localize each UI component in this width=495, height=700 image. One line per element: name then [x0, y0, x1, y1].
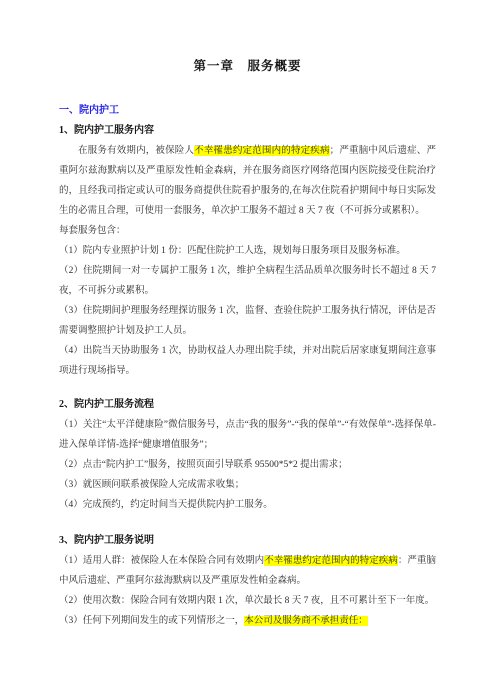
document-content: 第一章 服务概要 一、院内护工 1、院内护工服务内容 在服务有效期内，被保险人不…	[0, 0, 495, 631]
sub3-item-2: （2）使用次数：保险合同有效期内限 1 次，单次最长 8 天 7 夜，且不可累计…	[59, 591, 436, 611]
sub2-item-1: （1）关注“太平洋健康险”微信服务号，点击“我的服务”-“我的保单”-“有效保单…	[59, 415, 436, 455]
sub1-includes-label: 每套服务包含：	[59, 221, 436, 241]
sub1-item-2: （2）住院期间一对一专属护工服务 1 次，维护全病程生活品质单次服务时长不超过 …	[59, 261, 436, 301]
subsection-3-heading: 3、院内护工服务说明	[59, 531, 436, 551]
sub3-item-3: （3）任何下列期间发生的或下列情形之一，本公司及服务商不承担责任：	[59, 611, 436, 631]
sub3-item-1: （1）适用人群：被保险人在本保险合同有效期内不幸罹患约定范围内的特定疾病：严重脑…	[59, 551, 436, 591]
sub3-item-1-pre: （1）适用人群：被保险人在本保险合同有效期内	[59, 556, 264, 566]
subsection-2-heading: 2、院内护工服务流程	[59, 395, 436, 415]
sub1-intro-pre: 在服务有效期内，被保险人	[78, 146, 194, 156]
sub1-item-4: （4）出院当天协助服务 1 次，协助权益人办理出院手续，并对出院后居家康复期间注…	[59, 341, 436, 381]
sub1-intro-highlight: 不幸罹患约定范围内的特定疾病	[194, 146, 330, 156]
sub1-item-1: （1）院内专业照护计划 1 份：匹配住院护工人选，规划每日服务项目及服务标准。	[59, 241, 436, 261]
sub2-item-3: （3）就医顾问联系被保险人完成需求收集；	[59, 475, 436, 495]
sub3-item-3-highlight: 本公司及服务商不承担责任：	[244, 616, 368, 626]
sub1-item-3: （3）住院期间护理服务经理探访服务 1 次，监督、查验住院护工服务执行情况，评估…	[59, 301, 436, 341]
section-1-heading: 一、院内护工	[59, 101, 436, 121]
document-title: 第一章 服务概要	[59, 0, 436, 76]
sub2-item-4: （4）完成预约，约定时间当天提供院内护工服务。	[59, 495, 436, 515]
sub3-item-3-pre: （3）任何下列期间发生的或下列情形之一，	[59, 616, 244, 626]
sub1-intro-post: ；严重脑中风后遗症、严重阿尔兹海默病以及严重原发性帕金森病，并在服务商医疗网络范…	[59, 146, 436, 216]
sub1-intro-paragraph: 在服务有效期内，被保险人不幸罹患约定范围内的特定疾病；严重脑中风后遗症、严重阿尔…	[59, 141, 436, 221]
sub2-item-2: （2）点击“院内护工”服务，按照页面引导联系 95500*5*2 提出需求；	[59, 455, 436, 475]
sub3-item-1-highlight: 不幸罹患约定范围内的特定疾病	[264, 556, 398, 566]
subsection-1-heading: 1、院内护工服务内容	[59, 121, 436, 141]
document-page: 第一章 服务概要 一、院内护工 1、院内护工服务内容 在服务有效期内，被保险人不…	[0, 0, 495, 700]
